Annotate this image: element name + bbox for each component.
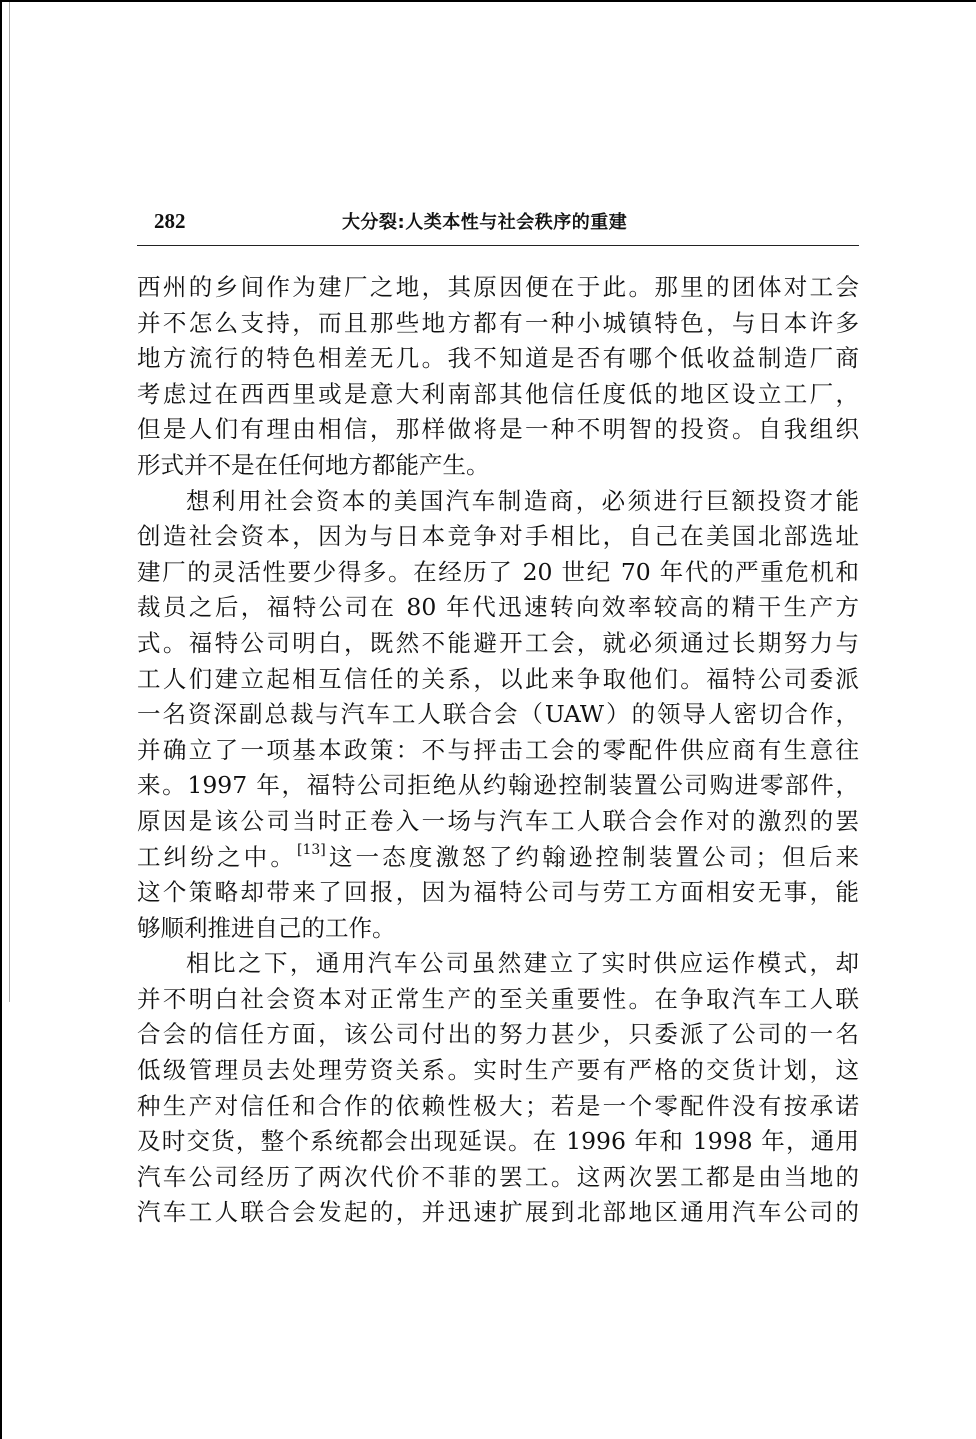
footnote-marker[interactable]: [13] (297, 842, 326, 858)
paragraph-2: 想利用社会资本的美国汽车制造商，必须进行巨额投资才能 创造社会资本，因为与日本竞… (137, 484, 859, 947)
text-line: 低级管理员去处理劳资关系。实时生产要有严格的交货计划，这 (137, 1053, 859, 1089)
text-line: 创造社会资本，因为与日本竞争对手相比，自己在美国北部选址 (137, 519, 859, 555)
text-line: 这个策略却带来了回报，因为福特公司与劳工方面相安无事，能 (137, 875, 859, 911)
text-line: 及时交货，整个系统都会出现延误。在 1996 年和 1998 年，通用 (137, 1124, 859, 1160)
text-line: 裁员之后，福特公司在 80 年代迅速转向效率较高的精干生产方 (137, 590, 859, 626)
text-line: 汽车工人联合会发起的，并迅速扩展到北部地区通用汽车公司的 (137, 1195, 859, 1231)
text-line: 来。1997 年，福特公司拒绝从约翰逊控制装置公司购进零部件， (137, 768, 859, 804)
text-line: 并确立了一项基本政策：不与抨击工会的零配件供应商有生意往 (137, 733, 859, 769)
header-rule (137, 245, 859, 246)
text-line: 式。福特公司明白，既然不能避开工会，就必须通过长期努力与 (137, 626, 859, 662)
paragraph-1: 西州的乡间作为建厂之地，其原因便在于此。那里的团体对工会 并不怎么支持，而且那些… (137, 270, 859, 484)
scan-border-left (0, 0, 2, 1439)
paragraph-3: 相比之下，通用汽车公司虽然建立了实时供应运作模式，却 并不明白社会资本对正常生产… (137, 946, 859, 1231)
text-line: 汽车公司经历了两次代价不菲的罢工。这两次罢工都是由当地的 (137, 1160, 859, 1196)
text-line: 地方流行的特色相差无几。我不知道是否有哪个低收益制造厂商 (137, 341, 859, 377)
text-line: 想利用社会资本的美国汽车制造商，必须进行巨额投资才能 (137, 484, 859, 520)
text-line: 工人们建立起相互信任的关系，以此来争取他们。福特公司委派 (137, 662, 859, 698)
text-line: 够顺利推进自己的工作。 (137, 911, 859, 947)
text-line-with-footnote: 工纠纷之中。[13]这一态度激怒了约翰逊控制装置公司；但后来 (137, 840, 859, 876)
text-line: 建厂的灵活性要少得多。在经历了 20 世纪 70 年代的严重危机和 (137, 555, 859, 591)
scan-fold-line (9, 2, 10, 1002)
text-line: 并不明白社会资本对正常生产的至关重要性。在争取汽车工人联 (137, 982, 859, 1018)
page-number: 282 (154, 209, 186, 234)
scan-border-top (0, 0, 976, 2)
body-text: 西州的乡间作为建厂之地，其原因便在于此。那里的团体对工会 并不怎么支持，而且那些… (137, 270, 859, 1231)
text-line: 种生产对信任和合作的依赖性极大；若是一个零配件没有按承诺 (137, 1089, 859, 1125)
text-line: 但是人们有理由相信，那样做将是一种不明智的投资。自我组织 (137, 412, 859, 448)
text-line: 原因是该公司当时正卷入一场与汽车工人联合会作对的激烈的罢 (137, 804, 859, 840)
text-line: 形式并不是在任何地方都能产生。 (137, 448, 859, 484)
page-header: 282 大分裂:人类本性与社会秩序的重建 (137, 205, 859, 245)
text-line: 考虑过在西西里或是意大利南部其他信任度低的地区设立工厂， (137, 377, 859, 413)
text-line: 西州的乡间作为建厂之地，其原因便在于此。那里的团体对工会 (137, 270, 859, 306)
text-line: 合会的信任方面，该公司付出的努力甚少，只委派了公司的一名 (137, 1017, 859, 1053)
text-line: 并不怎么支持，而且那些地方都有一种小城镇特色，与日本许多 (137, 306, 859, 342)
text-line: 相比之下，通用汽车公司虽然建立了实时供应运作模式，却 (137, 946, 859, 982)
text-segment: 工纠纷之中。 (137, 843, 297, 871)
text-segment: 这一态度激怒了约翰逊控制装置公司；但后来 (326, 843, 859, 871)
text-line: 一名资深副总裁与汽车工人联合会（UAW）的领导人密切合作， (137, 697, 859, 733)
running-title: 大分裂:人类本性与社会秩序的重建 (342, 208, 627, 234)
